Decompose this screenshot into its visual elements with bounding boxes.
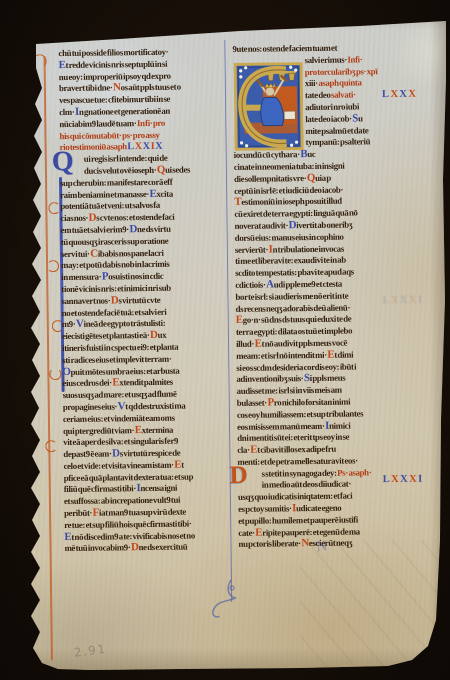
manuscript-leaf: chū tui posside filios mortificatoy·Et r… — [0, 0, 450, 680]
margin-psalm-numeral: LXXXI — [383, 475, 424, 486]
manuscript-text-line: mē tuū invocabim9· Dne ds exercituū — [64, 542, 228, 556]
historiated-initial-e-king-with-bells-miniature — [234, 62, 304, 151]
margin-psalm-numeral-faded: LXXXI — [382, 296, 423, 307]
page-content: chū tui posside filios mortificatoy·Et r… — [0, 0, 450, 680]
faint-initial-sketch: N — [316, 539, 328, 555]
decorated-initial-d: D — [230, 464, 248, 487]
pencil-folio-number: 2.91 — [73, 642, 107, 660]
penwork-flourish — [49, 368, 61, 380]
penwork-flourish — [32, 54, 46, 68]
decorated-initial-q: Q — [52, 149, 74, 175]
penwork-flourish — [45, 440, 57, 452]
manuscript-text-line: adiutori nro iubi — [305, 101, 394, 114]
manuscript-text-line: tympanū: psalteriū — [306, 136, 395, 149]
manuscript-text-line: tate deo salvati· — [305, 89, 394, 102]
manuscript-text-line: salvi erimus· Infi· — [305, 54, 394, 67]
photo-backdrop: chū tui posside filios mortificatoy·Et r… — [0, 0, 450, 680]
manuscript-text-line: mite psalmū et date — [305, 125, 394, 138]
margin-psalm-numeral: LXXX — [382, 90, 417, 101]
gutter-flourish — [199, 578, 246, 623]
manuscript-text-line: late deo iacob· Su — [305, 113, 394, 126]
manuscript-text-line: pro torcularibʒ ps· xpī — [305, 66, 394, 79]
penwork-flourish — [47, 260, 59, 272]
text-column-left: chū tui posside filios mortificatoy·Et r… — [58, 46, 228, 555]
manuscript-text-line: xiii· asaph quinta — [305, 77, 394, 90]
